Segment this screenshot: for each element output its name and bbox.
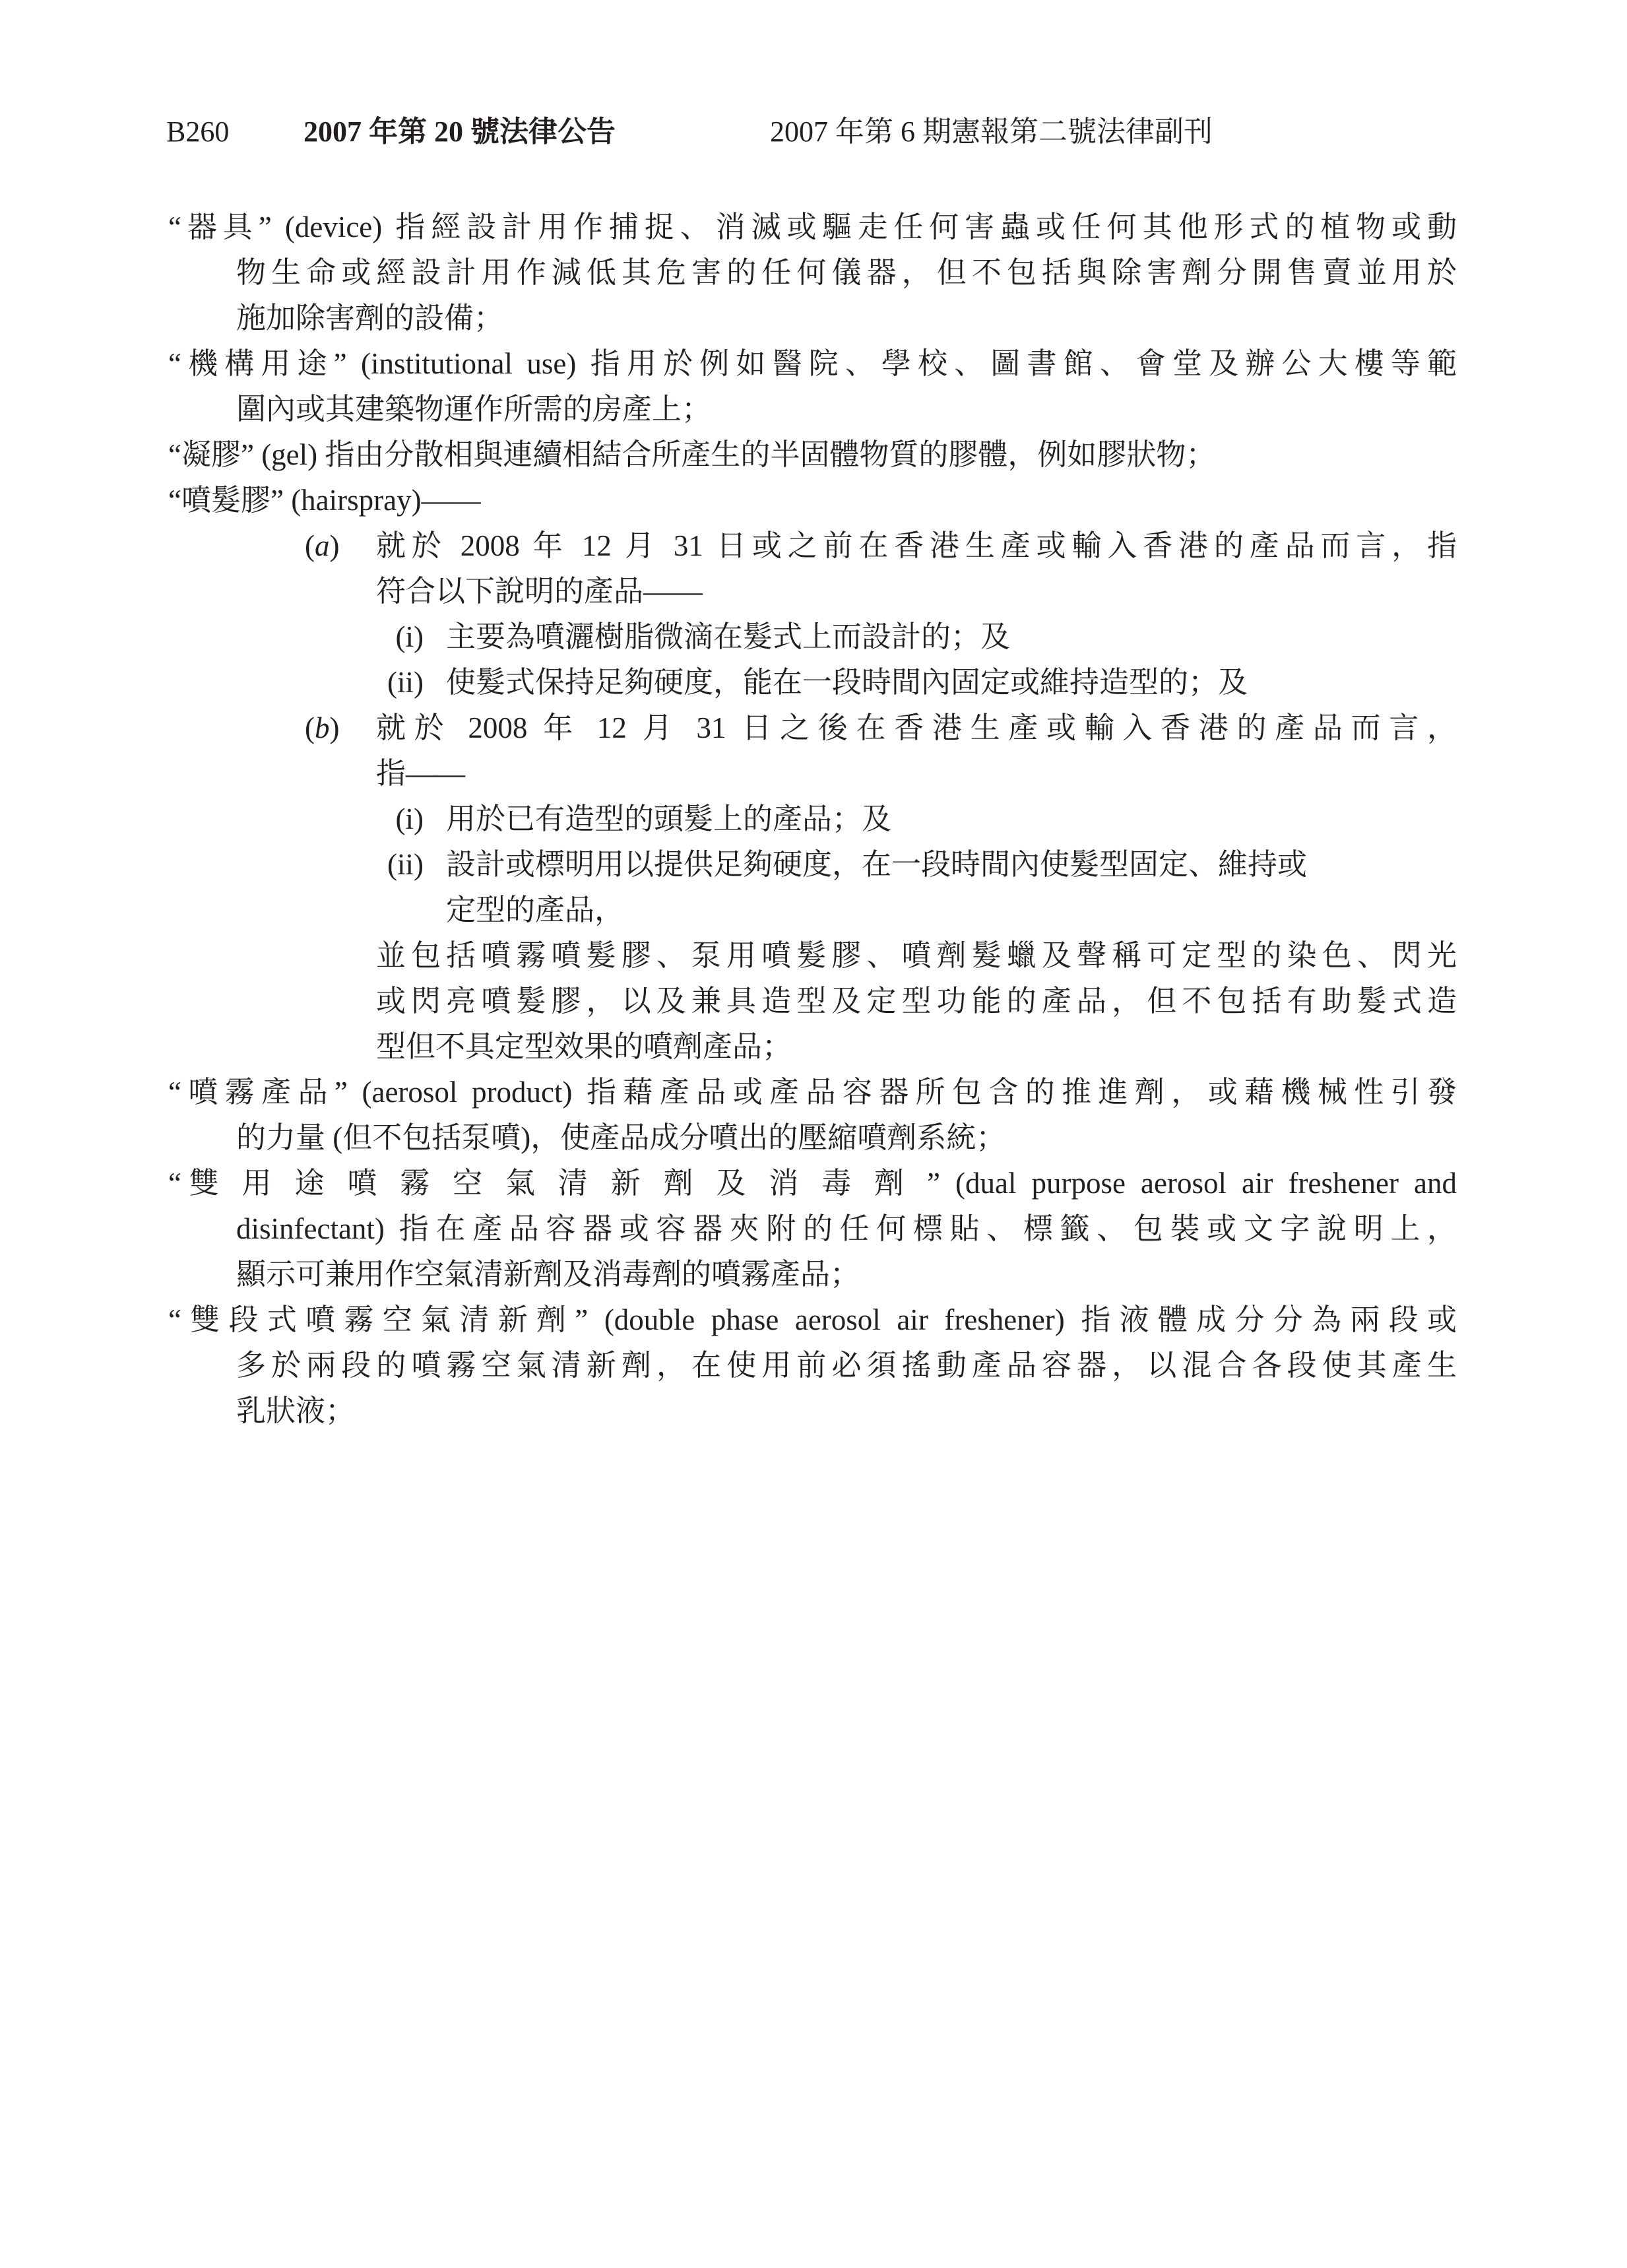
subparagraph-ii: (ii) 使髮式保持足夠硬度，能在一段時間內固定或維持造型的；及: [168, 660, 1457, 705]
definition-line: 的力量 (但不包括泵噴)，使產品成分噴出的壓縮噴劑系統；: [168, 1115, 1457, 1161]
subparagraph-i: (i) 用於已有造型的頭髮上的產品；及: [168, 796, 1457, 842]
paragraph-a: (a) 就於 2008 年 12 月 31 日或之前在香港生產或輸入香港的產品而…: [168, 523, 1457, 705]
definition-line: disinfectant) 指在產品容器或容器夾附的任何標貼、標籤、包裝或文字說…: [168, 1206, 1457, 1252]
paragraph-line: (b) 就於 2008 年 12 月 31 日之後在香港生產或輸入香港的產品而言…: [168, 705, 1457, 751]
definition-line: “雙段式噴霧空氣清新劑” (double phase aerosol air f…: [168, 1297, 1457, 1343]
definition-device: “器具” (device) 指經設計用作捕捉、消滅或驅走任何害蟲或任何其他形式的…: [168, 205, 1457, 341]
gazette-supplement-title: 2007 年第 6 期憲報第二號法律副刊: [770, 112, 1213, 152]
document-body: “器具” (device) 指經設計用作捕捉、消滅或驅走任何害蟲或任何其他形式的…: [168, 205, 1457, 1434]
paragraph-line: 符合以下說明的產品——: [168, 569, 1457, 614]
definition-line: “噴霧產品” (aerosol product) 指藉產品或產品容器所包含的推進…: [168, 1070, 1457, 1115]
definition-line: 圍內或其建築物運作所需的房產上；: [168, 387, 1457, 432]
definition-line: “凝膠” (gel) 指由分散相與連續相結合所產生的半固體物質的膠體，例如膠狀物…: [168, 432, 1457, 478]
definition-line: 物生命或經設計用作減低其危害的任何儀器，但不包括與除害劑分開售賣並用於: [168, 250, 1457, 296]
paragraph-line: 指——: [168, 751, 1457, 796]
paragraph-tail-line: 或閃亮噴髮膠，以及兼具造型及定型功能的產品，但不包括有助髮式造: [168, 979, 1457, 1024]
subparagraph-label: (i): [361, 614, 424, 660]
definition-line: “機構用途” (institutional use) 指用於例如醫院、學校、圖書…: [168, 341, 1457, 387]
subparagraph-continuation: 定型的產品，: [168, 888, 1457, 933]
definition-line: 多於兩段的噴霧空氣清新劑，在使用前必須搖動產品容器，以混合各段使其產生: [168, 1343, 1457, 1388]
definition-line: “雙 用 途 噴 霧 空 氣 清 新 劑 及 消 毒 劑 ” (dual pur…: [168, 1161, 1457, 1206]
legal-notice-title: 2007 年第 20 號法律公告: [303, 112, 616, 152]
paragraph-b: (b) 就於 2008 年 12 月 31 日之後在香港生產或輸入香港的產品而言…: [168, 705, 1457, 1070]
definition-gel: “凝膠” (gel) 指由分散相與連續相結合所產生的半固體物質的膠體，例如膠狀物…: [168, 432, 1457, 478]
definition-line: 施加除害劑的設備；: [168, 296, 1457, 341]
subparagraph-ii: (ii) 設計或標明用以提供足夠硬度，在一段時間內使髮型固定、維持或: [168, 842, 1457, 888]
definition-dual-purpose-air-freshener: “雙 用 途 噴 霧 空 氣 清 新 劑 及 消 毒 劑 ” (dual pur…: [168, 1161, 1457, 1297]
definition-institutional-use: “機構用途” (institutional use) 指用於例如醫院、學校、圖書…: [168, 341, 1457, 432]
paragraph-tail-line: 型但不具定型效果的噴劑產品；: [168, 1024, 1457, 1070]
definition-line: “器具” (device) 指經設計用作捕捉、消滅或驅走任何害蟲或任何其他形式的…: [168, 205, 1457, 250]
definition-line: “噴髮膠” (hairspray)——: [168, 478, 1457, 523]
subparagraph-label: (ii): [361, 660, 424, 705]
subparagraph-label: (i): [361, 796, 424, 842]
definition-hairspray: “噴髮膠” (hairspray)—— (a) 就於 2008 年 12 月 3…: [168, 478, 1457, 1070]
definition-line: 乳狀液；: [168, 1388, 1457, 1434]
definition-line: 顯示可兼用作空氣清新劑及消毒劑的噴霧產品；: [168, 1252, 1457, 1297]
paragraph-label: (a): [305, 523, 340, 569]
paragraph-line: (a) 就於 2008 年 12 月 31 日或之前在香港生產或輸入香港的產品而…: [168, 523, 1457, 569]
page-number: B260: [166, 112, 229, 152]
paragraph-tail-line: 並包括噴霧噴髮膠、泵用噴髮膠、噴劑髮蠟及聲稱可定型的染色、閃光: [168, 933, 1457, 979]
definition-double-phase-air-freshener: “雙段式噴霧空氣清新劑” (double phase aerosol air f…: [168, 1297, 1457, 1434]
paragraph-label: (b): [305, 705, 340, 751]
subparagraph-i: (i) 主要為噴灑樹脂微滴在髮式上而設計的；及: [168, 614, 1457, 660]
definition-aerosol-product: “噴霧產品” (aerosol product) 指藉產品或產品容器所包含的推進…: [168, 1070, 1457, 1161]
subparagraph-label: (ii): [361, 842, 424, 888]
